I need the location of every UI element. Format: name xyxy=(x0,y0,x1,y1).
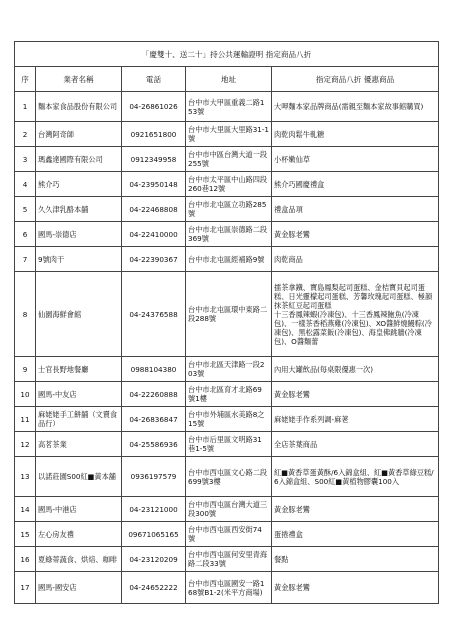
row-number: 8 xyxy=(15,272,36,357)
merchant-phone: 0912349958 xyxy=(122,147,186,172)
merchant-phone: 0988104380 xyxy=(122,357,186,382)
row-number: 14 xyxy=(15,497,36,522)
discount-items: 黃金豚老鸞 xyxy=(272,497,439,522)
table-row: 11麻姥姥手工餅舖（文賣食品行）04-26836847台中市外埔區水美路8之15… xyxy=(15,407,439,432)
merchant-phone: 04-24376588 xyxy=(122,272,186,357)
merchant-phone: 09671065165 xyxy=(122,522,186,547)
column-header-no: 序 xyxy=(15,67,36,92)
discount-items: 麻姥姥手作系列調-麻荖 xyxy=(272,407,439,432)
merchant-address: 台中市北屯區崇德路二段369號 xyxy=(186,222,272,247)
merchant-phone: 04-26861026 xyxy=(122,92,186,122)
table-title-row: 「慶雙十、送二十」持公共運輸證明 指定商品八折 xyxy=(15,42,439,67)
merchant-name: 久久津乳酪本舖 xyxy=(36,197,122,222)
row-number: 16 xyxy=(15,547,36,572)
merchant-name: 瑪鑫達國際有限公司 xyxy=(36,147,122,172)
merchant-phone: 04-24652222 xyxy=(122,572,186,604)
merchant-address: 台中市外埔區水美路8之15號 xyxy=(186,407,272,432)
merchant-name: 9號肉干 xyxy=(36,247,122,272)
discount-items: 大呷麵本家品牌商品(需親至麵本家故事館購買) xyxy=(272,92,439,122)
merchant-phone: 04-23950148 xyxy=(122,172,186,197)
merchant-name: 士官長野地餐廳 xyxy=(36,357,122,382)
column-header-merchant-name: 業者名稱 xyxy=(36,67,122,92)
merchant-address: 台中市西屯區國安一路168號B1-2(米平方商場) xyxy=(186,572,272,604)
table-header-row: 序 業者名稱 電話 地址 指定商品八折 優惠商品 xyxy=(15,67,439,92)
merchant-name: 高茗茶業 xyxy=(36,432,122,457)
row-number: 15 xyxy=(15,522,36,547)
row-number: 6 xyxy=(15,222,36,247)
row-number: 9 xyxy=(15,357,36,382)
discount-items: 紅■黃香草蛋黃酥/6入錦盒組、紅■黃香草綠豆糕/6入錦盒組、S00紅■黃植物膠囊… xyxy=(272,457,439,497)
table-row: 12高茗茶業04-25586936台中市后里區文明路31巷1-5號全店茶葉商品 xyxy=(15,432,439,457)
merchant-address: 台中市西屯區文心路二段699號3樓 xyxy=(186,457,272,497)
row-number: 12 xyxy=(15,432,36,457)
merchant-phone: 0921651800 xyxy=(122,122,186,147)
row-number: 3 xyxy=(15,147,36,172)
table-row: 14國馬-中港店04-23121000台中市西屯區台灣大道三段300號黃金豚老鸞 xyxy=(15,497,439,522)
merchant-name: 麻姥姥手工餅舖（文賣食品行） xyxy=(36,407,122,432)
discount-items: 熊介巧國慶禮盒 xyxy=(272,172,439,197)
table-row: 2台灣阿奇師0921651800台中市大里區大里路31-1號肉乾肉鬆牛軋糖 xyxy=(15,122,439,147)
discount-items: 黃金豚老鸞 xyxy=(272,572,439,604)
row-number: 1 xyxy=(15,92,36,122)
row-number: 10 xyxy=(15,382,36,407)
merchant-phone: 04-22410000 xyxy=(122,222,186,247)
merchant-address: 台中市北屯區經補路9號 xyxy=(186,247,272,272)
table-row: 6國馬-崇德店04-22410000台中市北屯區崇德路二段369號黃金豚老鸞 xyxy=(15,222,439,247)
merchant-name: 熊介巧 xyxy=(36,172,122,197)
merchant-address: 台中市西屯區台灣大道三段300號 xyxy=(186,497,272,522)
table-row: 15左心房友禮09671065165台中市西屯區西安街74號蛋捲禮盒 xyxy=(15,522,439,547)
merchant-name: 台灣阿奇師 xyxy=(36,122,122,147)
discount-items: 小杯嫩仙草 xyxy=(272,147,439,172)
table-row: 4熊介巧04-23950148台中市太平區中山路四段260巷12號熊介巧國慶禮盒 xyxy=(15,172,439,197)
discount-items: 黃金豚老鸞 xyxy=(272,382,439,407)
discount-items: 全店茶葉商品 xyxy=(272,432,439,457)
table-title: 「慶雙十、送二十」持公共運輸證明 指定商品八折 xyxy=(15,42,439,67)
discount-items: 禮盒品項 xyxy=(272,197,439,222)
discount-items: 肉乾肉鬆牛軋糖 xyxy=(272,122,439,147)
table-row: 1麵本家食品股份有限公司04-26861026台中市大甲區重義二路153號大呷麵… xyxy=(15,92,439,122)
merchant-name: 以諾莊園S00紅■黃本舖 xyxy=(36,457,122,497)
merchant-address: 台中市西屯區何安里青海路二段33號 xyxy=(186,547,272,572)
merchant-address: 台中市大甲區重義二路153號 xyxy=(186,92,272,122)
merchant-name: 仙園海鮮會館 xyxy=(36,272,122,357)
merchant-address: 台中市北屯區環中東路二段288號 xyxy=(186,272,272,357)
table-row: 13以諾莊園S00紅■黃本舖0936197579台中市西屯區文心路二段699號3… xyxy=(15,457,439,497)
merchant-phone: 04-23120209 xyxy=(122,547,186,572)
table-row: 16夏綠蒂蔬食、烘焙、咖啡04-23120209台中市西屯區何安里青海路二段33… xyxy=(15,547,439,572)
merchant-name: 國馬-中友店 xyxy=(36,382,122,407)
merchant-name: 左心房友禮 xyxy=(36,522,122,547)
table-row: 3瑪鑫達國際有限公司0912349958台中市中區台灣大道一段255號小杯嫩仙草 xyxy=(15,147,439,172)
merchant-phone: 04-22468808 xyxy=(122,197,186,222)
row-number: 5 xyxy=(15,197,36,222)
row-number: 7 xyxy=(15,247,36,272)
merchant-address: 台中市太平區中山路四段260巷12號 xyxy=(186,172,272,197)
merchant-address: 台中市大里區大里路31-1號 xyxy=(186,122,272,147)
table-row: 9士官長野地餐廳0988104380台中市北區天津路一段203號內用大罐飲品(每… xyxy=(15,357,439,382)
merchant-address: 台中市西屯區西安街74號 xyxy=(186,522,272,547)
merchant-address: 台中市后里區文明路31巷1-5號 xyxy=(186,432,272,457)
merchant-address: 台中市北屯區立功路285號 xyxy=(186,197,272,222)
column-header-phone: 電話 xyxy=(122,67,186,92)
merchant-address: 台中市中區台灣大道一段255號 xyxy=(186,147,272,172)
merchant-name: 夏綠蒂蔬食、烘焙、咖啡 xyxy=(36,547,122,572)
merchant-address: 台中市北區天津路一段203號 xyxy=(186,357,272,382)
merchant-phone: 04-23121000 xyxy=(122,497,186,522)
row-number: 17 xyxy=(15,572,36,604)
discount-items: 餐點 xyxy=(272,547,439,572)
table-row: 10國馬-中友店04-22260888台中市北區育才北路69號1樓黃金豚老鸞 xyxy=(15,382,439,407)
merchant-name: 國馬-國安店 xyxy=(36,572,122,604)
discount-items: 黃金豚老鸞 xyxy=(272,222,439,247)
table-row: 8仙園海鮮會館04-24376588台中市北屯區環中東路二段288號擂茶拿鐵、寶… xyxy=(15,272,439,357)
column-header-discount-items: 指定商品八折 優惠商品 xyxy=(272,67,439,92)
row-number: 4 xyxy=(15,172,36,197)
merchant-phone: 04-22390367 xyxy=(122,247,186,272)
merchant-phone: 0936197579 xyxy=(122,457,186,497)
discount-merchant-table: 「慶雙十、送二十」持公共運輸證明 指定商品八折 序 業者名稱 電話 地址 指定商… xyxy=(14,41,439,604)
discount-items: 擂茶拿鐵、寶島鳳梨起司蛋糕、金桔寶貝起司蛋糕、日光靈檬起司蛋糕、芳馨玫瑰起司蛋糕… xyxy=(272,272,439,357)
merchant-name: 國馬-崇德店 xyxy=(36,222,122,247)
table-row: 17國馬-國安店04-24652222台中市西屯區國安一路168號B1-2(米平… xyxy=(15,572,439,604)
table-row: 5久久津乳酪本舖04-22468808台中市北屯區立功路285號禮盒品項 xyxy=(15,197,439,222)
table-row: 79號肉干04-22390367台中市北屯區經補路9號肉乾商品 xyxy=(15,247,439,272)
merchant-name: 國馬-中港店 xyxy=(36,497,122,522)
discount-items: 肉乾商品 xyxy=(272,247,439,272)
merchant-address: 台中市北區育才北路69號1樓 xyxy=(186,382,272,407)
row-number: 13 xyxy=(15,457,36,497)
merchant-phone: 04-25586936 xyxy=(122,432,186,457)
discount-items: 蛋捲禮盒 xyxy=(272,522,439,547)
merchant-phone: 04-22260888 xyxy=(122,382,186,407)
merchant-name: 麵本家食品股份有限公司 xyxy=(36,92,122,122)
row-number: 2 xyxy=(15,122,36,147)
discount-items: 內用大罐飲品(每桌限優惠一次) xyxy=(272,357,439,382)
column-header-address: 地址 xyxy=(186,67,272,92)
row-number: 11 xyxy=(15,407,36,432)
merchant-phone: 04-26836847 xyxy=(122,407,186,432)
